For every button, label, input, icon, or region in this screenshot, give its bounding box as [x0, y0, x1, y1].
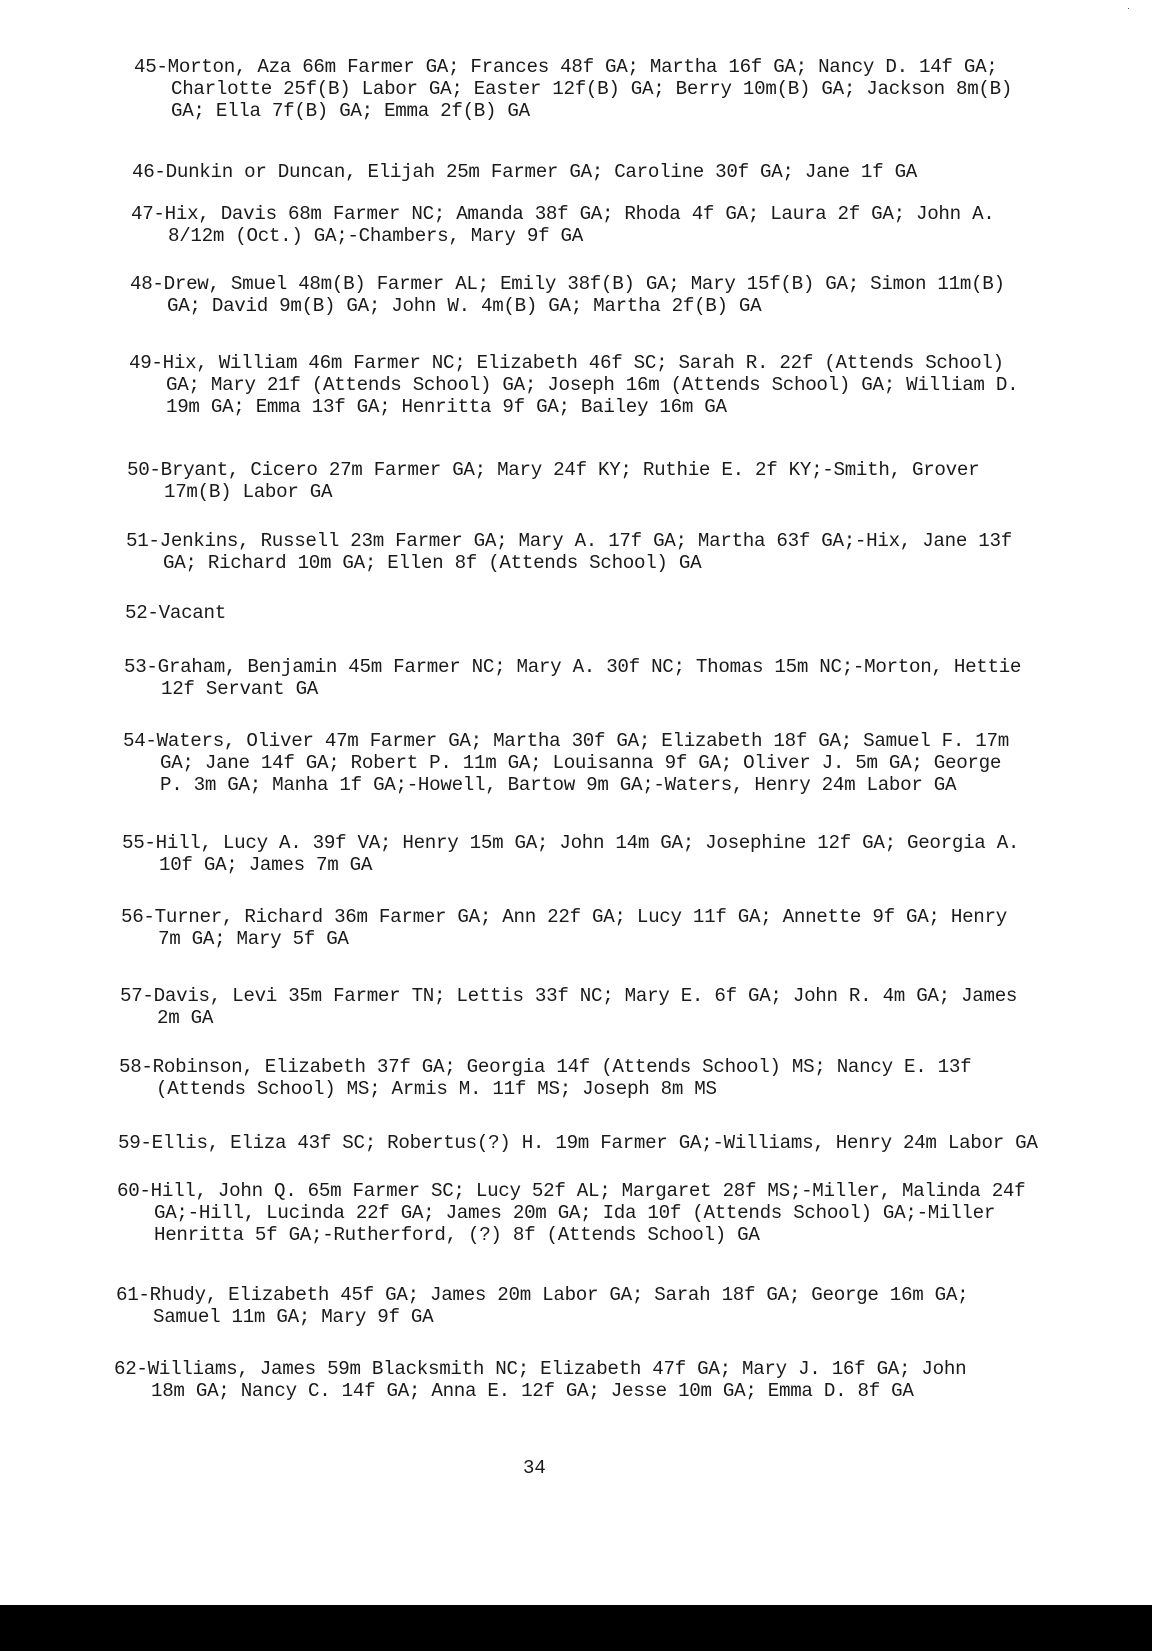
census-entry-51: 51-Jenkins, Russell 23m Farmer GA; Mary …: [126, 530, 1012, 574]
entry-line: 45-Morton, Aza 66m Farmer GA; Frances 48…: [134, 56, 1012, 78]
entry-line: GA;-Hill, Lucinda 22f GA; James 20m GA; …: [117, 1202, 1025, 1224]
entry-line: GA; Jane 14f GA; Robert P. 11m GA; Louis…: [123, 752, 1009, 774]
entry-line: 61-Rhudy, Elizabeth 45f GA; James 20m La…: [116, 1284, 968, 1306]
scan-speck: [1128, 8, 1129, 9]
scan-bottom-border: [0, 1605, 1152, 1651]
entry-line: 10f GA; James 7m GA: [122, 854, 1019, 876]
census-entry-59: 59-Ellis, Eliza 43f SC; Robertus(?) H. 1…: [118, 1132, 1038, 1154]
census-entry-56: 56-Turner, Richard 36m Farmer GA; Ann 22…: [121, 906, 1007, 950]
entry-line: 57-Davis, Levi 35m Farmer TN; Lettis 33f…: [120, 985, 1017, 1007]
entry-line: (Attends School) MS; Armis M. 11f MS; Jo…: [119, 1078, 971, 1100]
entry-line: 54-Waters, Oliver 47m Farmer GA; Martha …: [123, 730, 1009, 752]
entry-line: 12f Servant GA: [124, 678, 1021, 700]
census-entry-46: 46-Dunkin or Duncan, Elijah 25m Farmer G…: [132, 161, 917, 183]
entry-line: 18m GA; Nancy C. 14f GA; Anna E. 12f GA;…: [114, 1380, 966, 1402]
entry-line: 46-Dunkin or Duncan, Elijah 25m Farmer G…: [132, 161, 917, 183]
entry-line: Charlotte 25f(B) Labor GA; Easter 12f(B)…: [134, 78, 1012, 100]
entry-line: 62-Williams, James 59m Blacksmith NC; El…: [114, 1358, 966, 1380]
entry-line: 7m GA; Mary 5f GA: [121, 928, 1007, 950]
census-entry-54: 54-Waters, Oliver 47m Farmer GA; Martha …: [123, 730, 1009, 796]
census-entry-62: 62-Williams, James 59m Blacksmith NC; El…: [114, 1358, 966, 1402]
census-entry-50: 50-Bryant, Cicero 27m Farmer GA; Mary 24…: [127, 459, 979, 503]
entry-line: 8/12m (Oct.) GA;-Chambers, Mary 9f GA: [131, 225, 995, 247]
entry-line: Samuel 11m GA; Mary 9f GA: [116, 1306, 968, 1328]
entry-line: 17m(B) Labor GA: [127, 481, 979, 503]
document-page: 45-Morton, Aza 66m Farmer GA; Frances 48…: [0, 0, 1152, 1600]
census-entry-60: 60-Hill, John Q. 65m Farmer SC; Lucy 52f…: [117, 1180, 1025, 1246]
entry-line: 52-Vacant: [125, 602, 226, 624]
page-number: 34: [523, 1457, 546, 1479]
entry-line: 19m GA; Emma 13f GA; Henritta 9f GA; Bai…: [129, 396, 1018, 418]
entry-line: 48-Drew, Smuel 48m(B) Farmer AL; Emily 3…: [130, 273, 1005, 295]
entry-line: Henritta 5f GA;-Rutherford, (?) 8f (Atte…: [117, 1224, 1025, 1246]
census-entry-61: 61-Rhudy, Elizabeth 45f GA; James 20m La…: [116, 1284, 968, 1328]
entry-line: 58-Robinson, Elizabeth 37f GA; Georgia 1…: [119, 1056, 971, 1078]
census-entry-58: 58-Robinson, Elizabeth 37f GA; Georgia 1…: [119, 1056, 971, 1100]
entry-line: 50-Bryant, Cicero 27m Farmer GA; Mary 24…: [127, 459, 979, 481]
entry-line: GA; David 9m(B) GA; John W. 4m(B) GA; Ma…: [130, 295, 1005, 317]
entry-line: P. 3m GA; Manha 1f GA;-Howell, Bartow 9m…: [123, 774, 1009, 796]
entry-line: 47-Hix, Davis 68m Farmer NC; Amanda 38f …: [131, 203, 995, 225]
entry-line: 2m GA: [120, 1007, 1017, 1029]
entry-line: 56-Turner, Richard 36m Farmer GA; Ann 22…: [121, 906, 1007, 928]
census-entry-47: 47-Hix, Davis 68m Farmer NC; Amanda 38f …: [131, 203, 995, 247]
census-entry-48: 48-Drew, Smuel 48m(B) Farmer AL; Emily 3…: [130, 273, 1005, 317]
entry-line: 59-Ellis, Eliza 43f SC; Robertus(?) H. 1…: [118, 1132, 1038, 1154]
census-entry-45: 45-Morton, Aza 66m Farmer GA; Frances 48…: [134, 56, 1012, 122]
census-entry-53: 53-Graham, Benjamin 45m Farmer NC; Mary …: [124, 656, 1021, 700]
entry-line: GA; Richard 10m GA; Ellen 8f (Attends Sc…: [126, 552, 1012, 574]
entry-line: 53-Graham, Benjamin 45m Farmer NC; Mary …: [124, 656, 1021, 678]
entry-line: GA; Ella 7f(B) GA; Emma 2f(B) GA: [134, 100, 1012, 122]
entry-line: GA; Mary 21f (Attends School) GA; Joseph…: [129, 374, 1018, 396]
census-entry-49: 49-Hix, William 46m Farmer NC; Elizabeth…: [129, 352, 1018, 418]
entry-line: 49-Hix, William 46m Farmer NC; Elizabeth…: [129, 352, 1018, 374]
entry-line: 60-Hill, John Q. 65m Farmer SC; Lucy 52f…: [117, 1180, 1025, 1202]
census-entry-55: 55-Hill, Lucy A. 39f VA; Henry 15m GA; J…: [122, 832, 1019, 876]
census-entry-52: 52-Vacant: [125, 602, 226, 624]
entry-line: 55-Hill, Lucy A. 39f VA; Henry 15m GA; J…: [122, 832, 1019, 854]
census-entry-57: 57-Davis, Levi 35m Farmer TN; Lettis 33f…: [120, 985, 1017, 1029]
entry-line: 51-Jenkins, Russell 23m Farmer GA; Mary …: [126, 530, 1012, 552]
